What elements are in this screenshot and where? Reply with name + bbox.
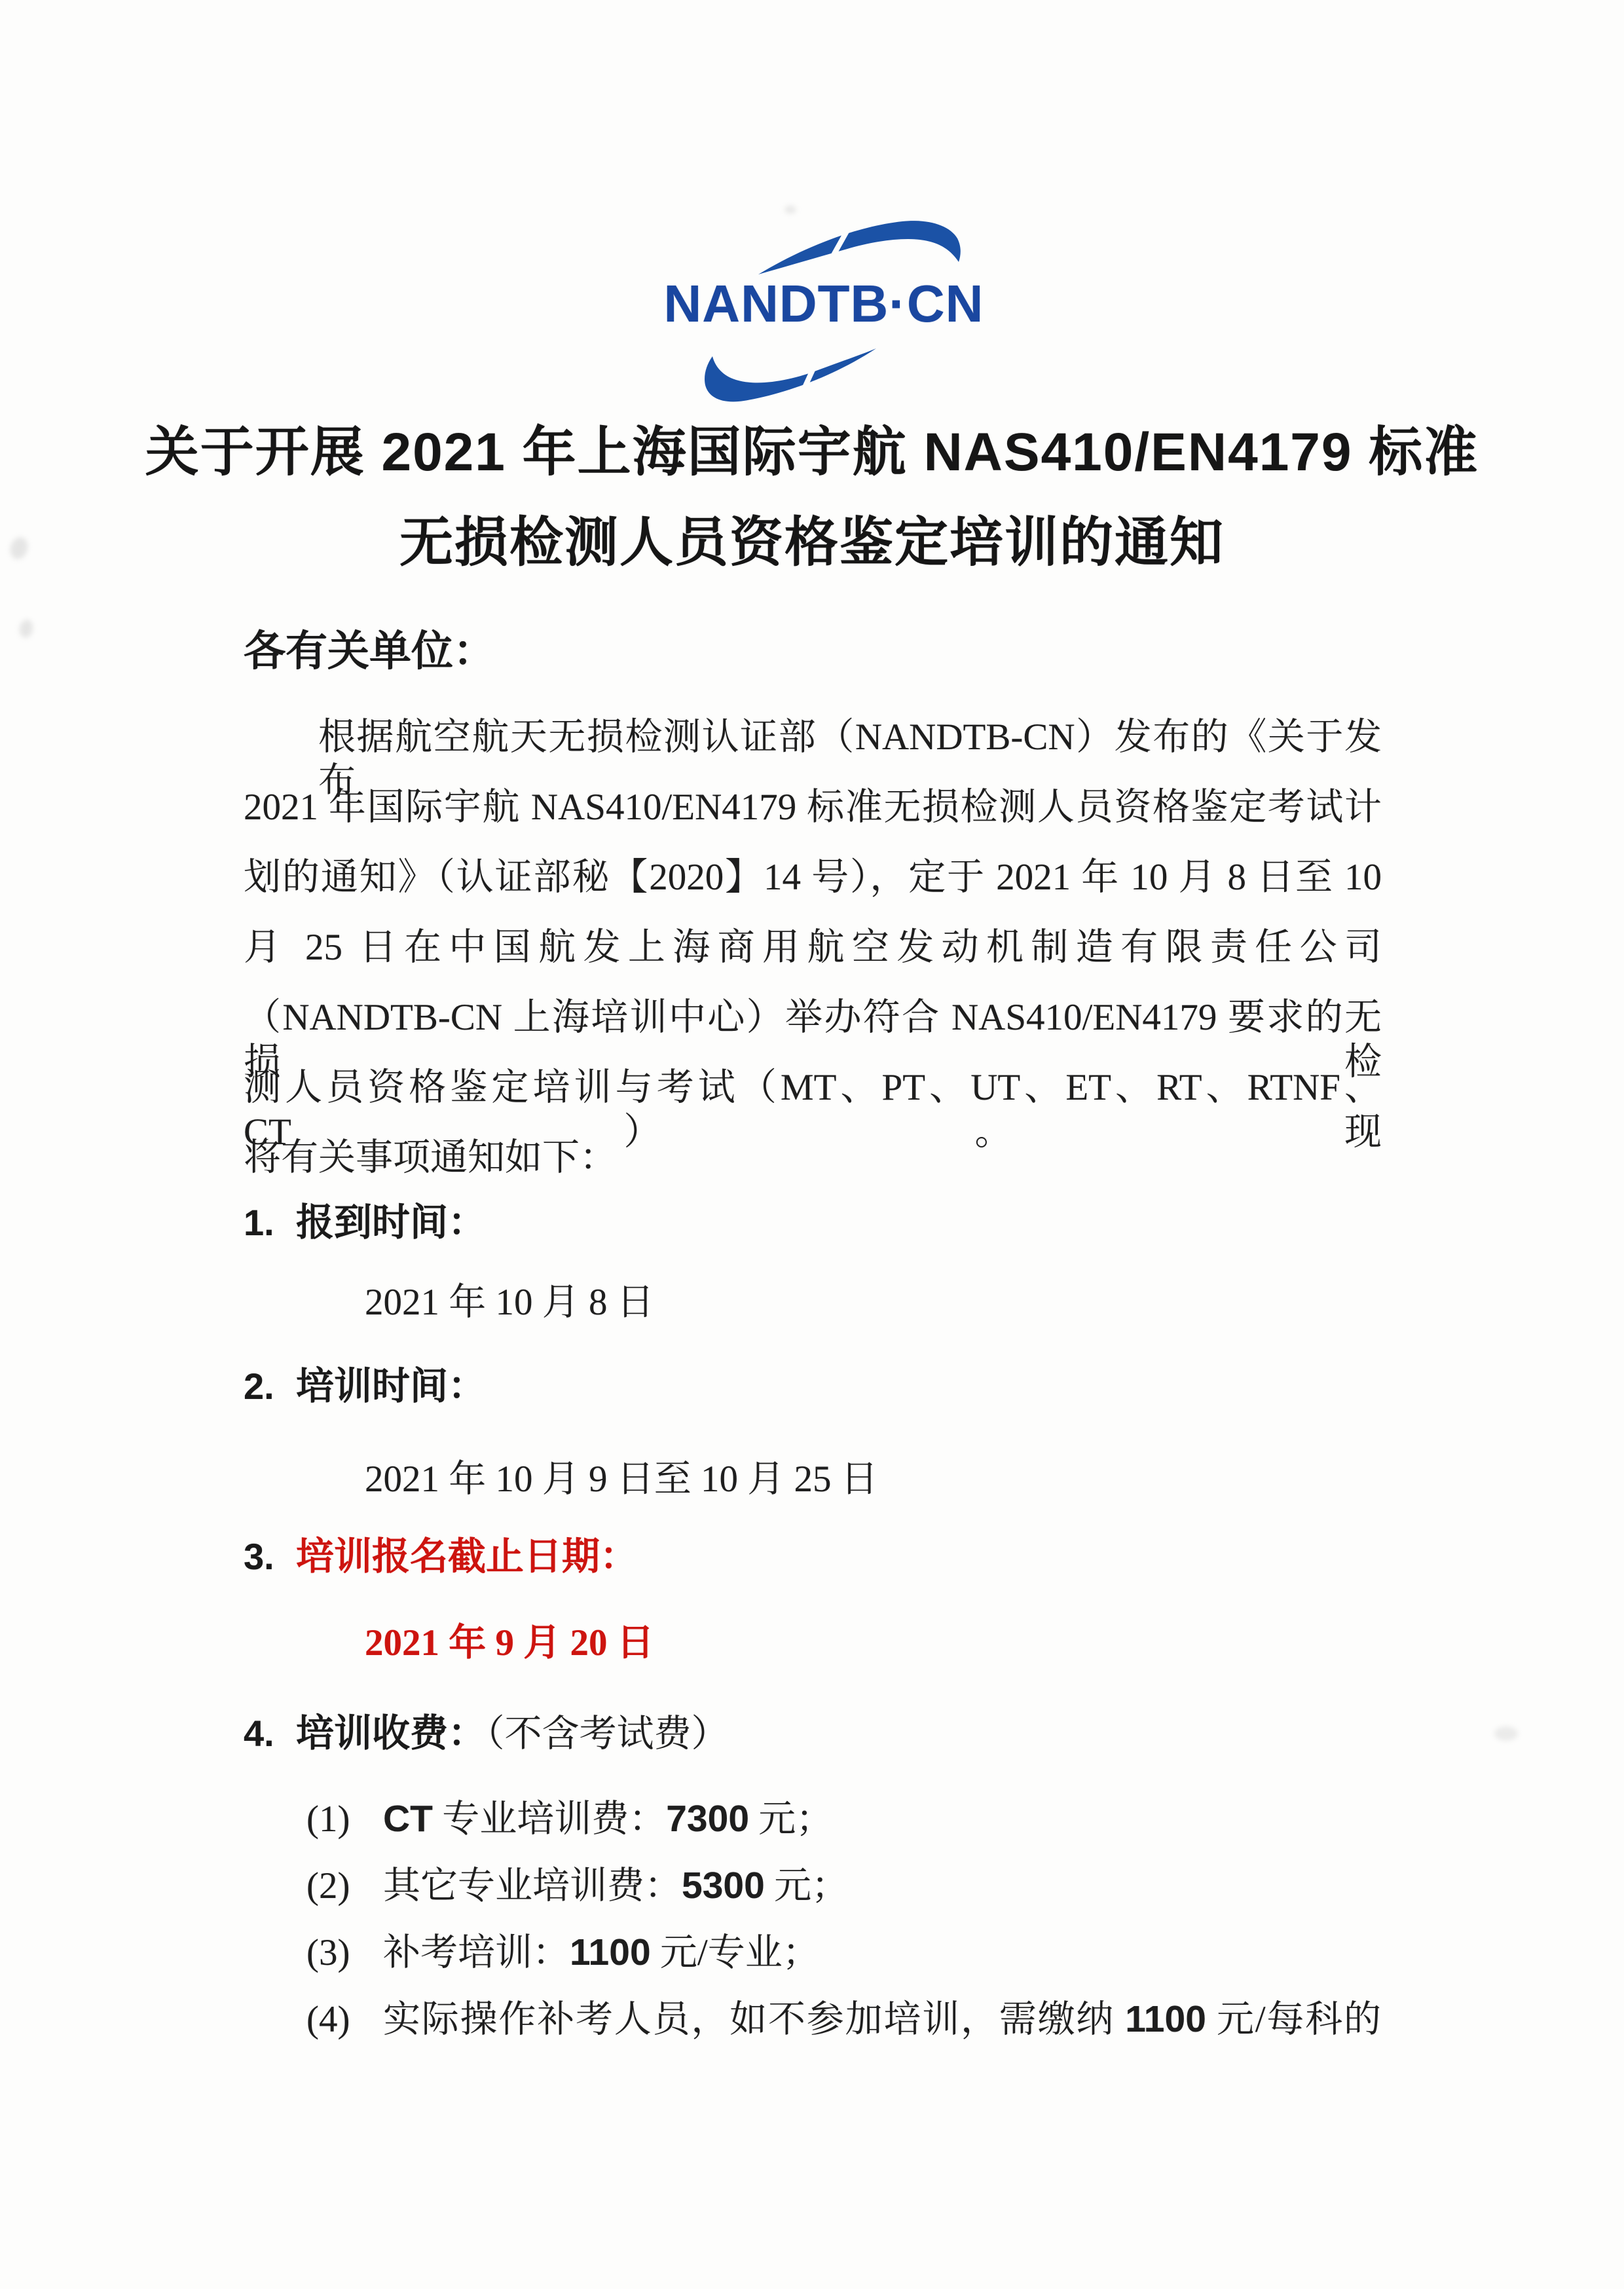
- list-item-2: 2.培训时间：: [244, 1368, 486, 1405]
- fee-sub-item-1-code: CT: [383, 1798, 433, 1840]
- item-3-number: 3.: [244, 1538, 296, 1575]
- fee-sub-item-4-unit: 元/每科的: [1206, 1999, 1381, 2040]
- nandtb-logo: NANDTB·CN: [627, 210, 1020, 416]
- fee-sub-item-1-text: CT 专业培训费：7300 元；: [383, 1796, 833, 1842]
- fee-sub-item-3: (3)补考培训：1100 元/专业；: [306, 1929, 820, 1976]
- salutation: 各有关单位：: [244, 630, 495, 672]
- item-4-heading-note: （不含考试费）: [486, 1713, 729, 1755]
- fee-sub-item-2: (2)其它专业培训费：5300 元；: [306, 1863, 849, 1909]
- fee-sub-item-1-marker: (1): [306, 1796, 383, 1842]
- fee-sub-item-1-unit: 元；: [749, 1798, 833, 1840]
- item-3-heading: 培训报名截止日期：: [296, 1535, 638, 1578]
- paragraph-line-3: 划的通知》（认证部秘【2020】14 号），定于 2021 年 10 月 8 日…: [244, 855, 1382, 900]
- item-2-heading: 培训时间：: [296, 1365, 486, 1407]
- logo-text: NANDTB·CN: [627, 278, 1020, 330]
- fee-sub-item-2-label: 其它专业培训费：: [383, 1865, 682, 1907]
- fee-sub-item-2-text: 其它专业培训费：5300 元；: [383, 1863, 849, 1909]
- fee-sub-item-4: (4)实际操作补考人员，如不参加培训，需缴纳 1100 元/每科的: [306, 1996, 1381, 2043]
- item-3-content: 2021 年 9 月 20 日: [365, 1624, 654, 1662]
- item-2-content: 2021 年 10 月 9 日至 10 月 25 日: [365, 1461, 878, 1498]
- scan-smudge: [1494, 1726, 1518, 1741]
- logo-swoosh-top-icon: [757, 214, 967, 276]
- item-4-number: 4.: [244, 1715, 296, 1752]
- fee-sub-item-3-amount: 1100: [570, 1931, 651, 1973]
- fee-sub-item-4-label: 实际操作补考人员，如不参加培训，需缴纳: [383, 1999, 1125, 2040]
- notice-title-line1: 关于开展 2021 年上海国际宇航 NAS410/EN4179 标准: [0, 423, 1624, 482]
- fee-sub-item-3-text: 补考培训：1100 元/专业；: [383, 1929, 820, 1976]
- fee-sub-item-1-amount: 7300: [666, 1798, 749, 1840]
- item-1-heading: 报到时间：: [296, 1201, 486, 1244]
- item-1-content: 2021 年 10 月 8 日: [365, 1284, 654, 1321]
- document-page: NANDTB·CN 关于开展 2021 年上海国际宇航 NAS410/EN417…: [0, 0, 1624, 2289]
- list-item-4: 4.培训收费：（不含考试费）: [244, 1715, 729, 1753]
- fee-sub-item-3-marker: (3): [306, 1929, 383, 1976]
- item-1-number: 1.: [244, 1204, 296, 1241]
- fee-sub-item-4-amount: 1100: [1125, 1998, 1206, 2040]
- fee-sub-item-1-label: 专业培训费：: [433, 1798, 666, 1840]
- scan-smudge: [18, 618, 35, 639]
- scan-smudge: [784, 206, 796, 214]
- logo-swoosh-bottom-icon: [703, 329, 877, 413]
- notice-title-line2: 无损检测人员资格鉴定培训的通知: [0, 513, 1624, 572]
- fee-sub-item-1: (1)CT 专业培训费：7300 元；: [306, 1796, 833, 1842]
- fee-sub-item-4-text: 实际操作补考人员，如不参加培训，需缴纳 1100 元/每科的: [383, 1996, 1381, 2043]
- fee-sub-item-2-unit: 元；: [765, 1865, 849, 1907]
- fee-sub-item-3-label: 补考培训：: [383, 1932, 570, 1973]
- fee-sub-item-2-amount: 5300: [682, 1865, 765, 1907]
- list-item-1: 1.报到时间：: [244, 1204, 486, 1242]
- paragraph-line-7: 将有关事项通知如下：: [244, 1136, 617, 1180]
- list-item-3: 3.培训报名截止日期：: [244, 1538, 638, 1576]
- item-4-heading: 培训收费：: [296, 1712, 486, 1755]
- paragraph-line-4: 月 25 日在中国航发上海商用航空发动机制造有限责任公司: [244, 925, 1382, 970]
- fee-sub-item-3-unit: 元/专业；: [651, 1932, 820, 1973]
- fee-sub-item-4-marker: (4): [306, 1996, 383, 2043]
- paragraph-line-2: 2021 年国际宇航 NAS410/EN4179 标准无损检测人员资格鉴定考试计: [244, 785, 1382, 830]
- item-2-number: 2.: [244, 1368, 296, 1405]
- fee-sub-item-2-marker: (2): [306, 1863, 383, 1909]
